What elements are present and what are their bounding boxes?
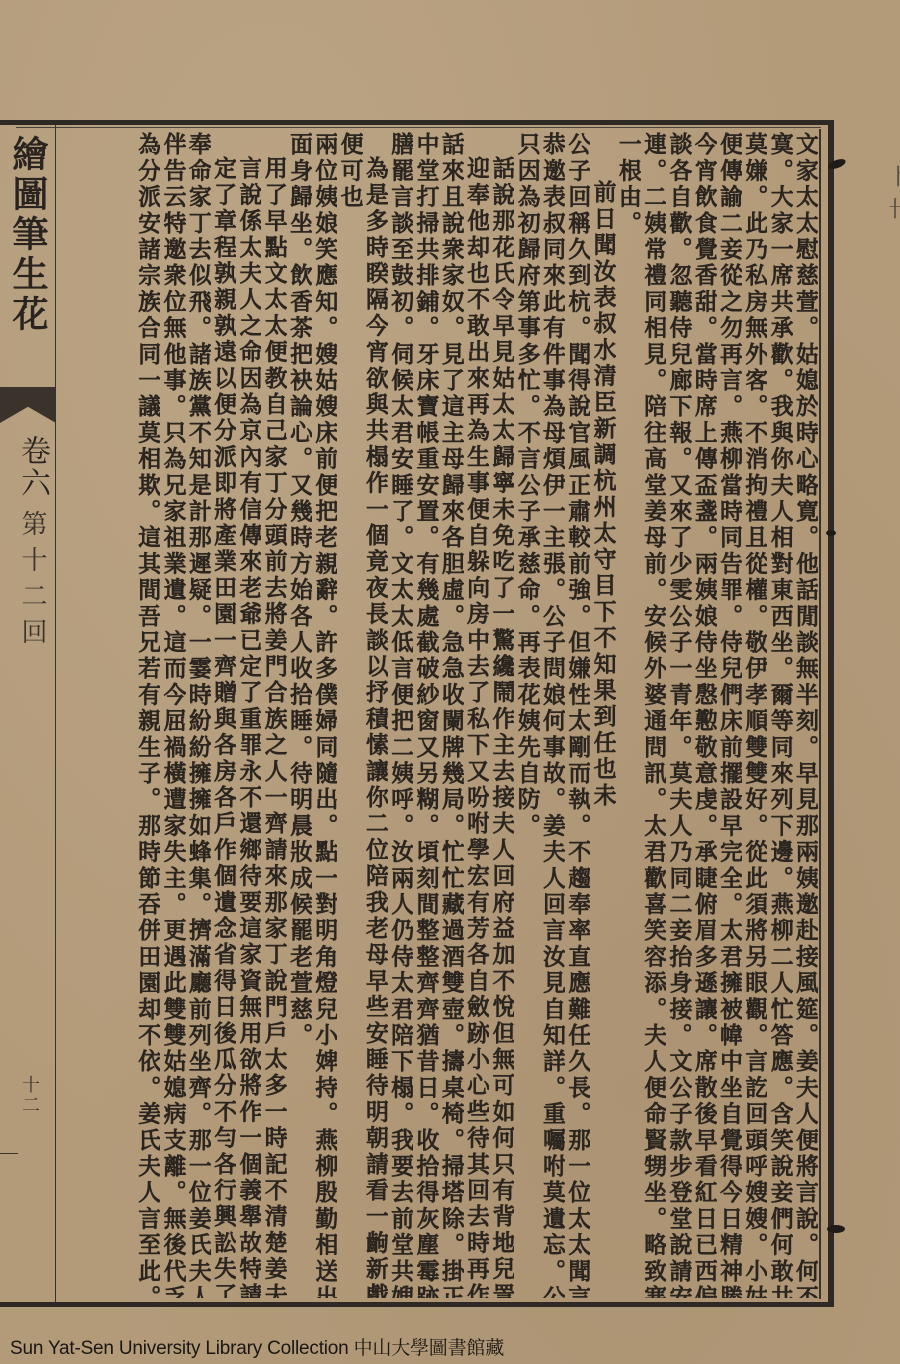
text-column: 定了章程孰親孰遠以便分派即將產業田園一齊贈與各房各戶作個遺念省得日後瓜分不勻各行… (211, 132, 236, 1298)
fish-tail-mark-icon (0, 387, 56, 423)
text-column: 言說係太夫人之命因為京內有信傳來老爺已定了重罪永不還鄉待要這家資無用欲將作一個義… (236, 132, 261, 1298)
page-number: 十二 (16, 1075, 42, 1115)
text-column: 公子回稱久到杭。聞得說官風正肅較前強。但嫌性太剛而執。不趨奉率直應難任久長。那一… (565, 132, 590, 1298)
text-column: 今宵飲食覺香甜。當時席上傳盃盞。兩姨娘侍坐慇懃敬意虔。承睫俯眉多遜讓。席散後早看… (692, 132, 717, 1298)
paper-damage-mark (826, 530, 836, 536)
text-column: 為分派安諸宗族合同一議莫相欺。這其間吾兄若有親生子。那時節吞併田園却不依。姜氏夫… (135, 132, 160, 1298)
chapter-label: 第十二回 (14, 510, 51, 654)
text-column: 伴告云特邀衆位無他事。只為兄家祖業遺。這而今屈禍橫遭家失主。更遇此雙雙姑媳病支離… (160, 132, 185, 1298)
text-column: 兩位姨娘笑應知。嫂姑嫂床前便把老親辭。許多僕婦同隨出。點一對明角燈兒小婢持。燕柳… (312, 132, 337, 1298)
volume-label: 卷六 (10, 435, 54, 499)
text-column: 文家太太慰慈萱。姑媳於時心略寛。他話閒談無半刻。早見那兩姨邀赴接風筵。姜夫人便將… (793, 132, 818, 1298)
text-column: 為是多時睽隔今宵欲與共榻作一個竟夜長談以抒積愫讓你二位陪我老母早些安睡待明朝請看… (363, 132, 388, 1298)
text-column: 用了早點文太太便教自己家丁分頭前去將姜門合族之人一齊請來那家丁說門戶太多一時記不… (261, 132, 286, 1298)
text-column: 面身歸坐。飲香茶把袂論心。又幾時方始各人收拾睡。待明晨妝成候罷老萱慈。 (287, 132, 312, 1298)
inner-rule-right (819, 129, 821, 1299)
library-collection-caption: Sun Yat-Sen University Library Collectio… (10, 1333, 504, 1360)
text-column: 奉命家丁去似飛。諸族黨不知是計那遲疑。一霎時紛紛擁擁如蜂集。擠滿廳前列坐齊。那一… (186, 132, 211, 1298)
text-column: 莫嫌。此乃私房無外客。不消拘禮且從權。敬伊孝順雙雙好。從此須將另眼觀。言訖回頭呼… (742, 132, 767, 1298)
text-column: 便可也 (337, 132, 362, 1298)
text-column: 談各自歡。忽聽侍兒廊下報。又來了少雯公子一青年。莫夫人乃同二妾抬身接。文公子款步… (666, 132, 691, 1298)
text-column: 恭邀表叔同來此有件事為母煩伊一主張。公子問娘何事故。姜夫人回言汝見自知詳。重囑咐… (540, 132, 565, 1298)
text-column: 便傳諭二妾從之勿再言。燕柳當時同告罪。侍兒們床前擺設早完全。太君擁被幃中坐自覺得… (717, 132, 742, 1298)
text-column: 話說那花氏令早見姑太太歸寧未免吃了一驚纔鬧作主去接夫人回府益加不悅但無可如何只有… (489, 132, 514, 1298)
main-text-body: 文家太太慰慈萱。姑媳於時心略寛。他話閒談無半刻。早見那兩姨邀赴接風筵。姜夫人便將… (60, 132, 818, 1298)
text-column: 中堂打掃共排鋪。牙床寶帳重安置。有幾處截破紗窗又另糊。頃刻間整整齊齊猶昔日。收拾… (413, 132, 438, 1298)
text-column: 膳罷言談至鼓初。伺候太君安睡了。文太太低言便把二姨呼。汝兩人仍侍太君陪下榻。我要… (388, 132, 413, 1298)
text-column: 話來且說衆家奴。見了這主母歸來各胆虛。急急收闌牌幾局。忙忙藏過酒雙壺。擣桌椅。掃… (439, 132, 464, 1298)
book-title: 繪圖筆生花 (6, 135, 50, 335)
bleed-through-text: 卜卄 (882, 165, 900, 229)
paper-damage-mark (827, 1225, 845, 1233)
text-column: 迎奉他却也不敢出來再為生事便自躲向房中去了私下又吩咐學宏有芳各自斂跡小心些待其回… (464, 132, 489, 1298)
text-column: 只因為初歸府第事多忙。不言公子承慈命。再表花姨先自防。 (514, 132, 539, 1298)
text-column: 一根由。 (616, 132, 641, 1298)
text-column: 前日聞汝表叔水清臣新調杭州太守目下不知果到任也未 (590, 132, 615, 1298)
text-column: 寞。大家一席共承歡。我與你夫人相對東西坐。爾等同來列下邊。燕柳二人忙答應。含笑說… (767, 132, 792, 1298)
banxin-margin-column: 繪圖筆生花 卷六 第十二回 十二 (0, 125, 56, 1302)
inner-rule-top (16, 127, 821, 128)
margin-divider (0, 1153, 18, 1154)
text-column: 連。二姨常禮同相見。陪往高堂姜母前。安候外婆通問訊。太君歡喜笑容添。夫人便命賢甥… (641, 132, 666, 1298)
